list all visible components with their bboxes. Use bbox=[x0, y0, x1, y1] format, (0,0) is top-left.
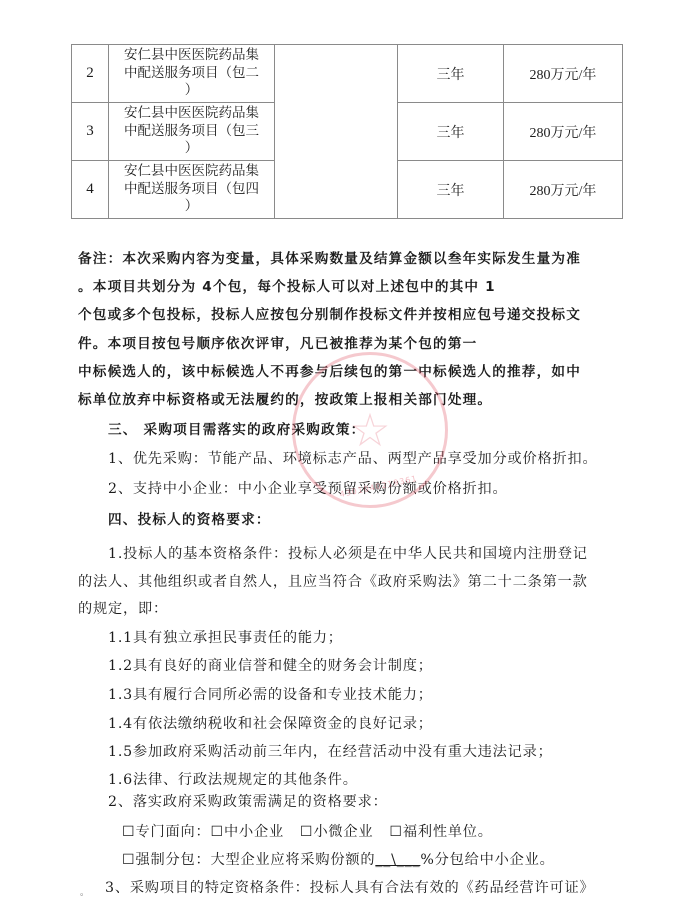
subcontract-line: ☐强制分包：大型企业应将采购份额的__\___%分包给中小企业。 bbox=[122, 849, 555, 869]
checkbox-icon[interactable]: ☐ bbox=[122, 824, 136, 840]
budget-price: 280万元/年 bbox=[504, 161, 623, 219]
remark-line: 中标候选人的，该中标候选人不再参与后续包的第一中标候选人的推荐，如中 bbox=[78, 360, 581, 380]
condition-item: 1.6法律、行政法规规定的其他条件。 bbox=[108, 769, 358, 789]
checkbox-icon[interactable]: ☐ bbox=[300, 824, 314, 840]
section4-heading: 四、投标人的资格要求： bbox=[108, 508, 271, 528]
condition-item: 1.4有依法缴纳税收和社会保障资金的良好记录； bbox=[108, 713, 433, 733]
budget-price: 280万元/年 bbox=[504, 45, 623, 103]
basic-qualification-line: 1.投标人的基本资格条件：投标人必须是在中华人民共和国境内注册登记 bbox=[108, 543, 588, 563]
checkbox-icon[interactable]: ☐ bbox=[389, 824, 403, 840]
checkbox-icon[interactable]: ☐ bbox=[210, 824, 224, 840]
condition-item: 1.5参加政府采购活动前三年内，在经营活动中没有重大违法记录； bbox=[108, 741, 553, 761]
policy-item: 2、支持中小企业：中小企业享受预留采购份额或价格折扣。 bbox=[108, 478, 508, 498]
option-sme: 中小企业 bbox=[224, 824, 284, 840]
condition-item: 1.2具有良好的商业信誉和健全的财务会计制度； bbox=[108, 655, 433, 675]
section3-heading: 三、 采购项目需落实的政府采购政策： bbox=[108, 418, 365, 438]
package-table: 2 安仁县中医医院药品集 中配送服务项目（包二 ） 三年 280万元/年 3 安… bbox=[71, 44, 623, 219]
package-name: 安仁县中医医院药品集 中配送服务项目（包四 ） bbox=[109, 161, 275, 219]
remark-line: 个包或多个包投标，投标人应按包分别制作投标文件并按相应包号递交投标文 bbox=[78, 303, 581, 323]
basic-qualification-line: 的法人、其他组织或者自然人，且应当符合《政府采购法》第二十二条第一款 bbox=[78, 571, 588, 591]
checkbox-icon[interactable]: ☐ bbox=[122, 852, 136, 868]
package-name: 安仁县中医医院药品集 中配送服务项目（包三 ） bbox=[109, 103, 275, 161]
condition-item: 1.3具有履行合同所必需的设备和专业技术能力； bbox=[108, 684, 433, 704]
package-number: 4 bbox=[72, 161, 109, 219]
condition-item: 1.1具有独立承担民事责任的能力； bbox=[108, 627, 343, 647]
basic-qualification-line: 的规定，即： bbox=[78, 598, 168, 618]
remark-line: 标单位放弃中标资格或无法履约的，按政策上报相关部门处理。 bbox=[78, 388, 492, 408]
package-number: 3 bbox=[72, 103, 109, 161]
paragraph-mark: 。 bbox=[80, 885, 89, 898]
option-micro: 小微企业 bbox=[313, 824, 373, 840]
policy-item: 1、优先采购：节能产品、环境标志产品、两型产品享受加分或价格折扣。 bbox=[108, 448, 597, 468]
remark-line: 备注：本次采购内容为变量，具体采购数量及结算金额以叁年实际发生量为准 bbox=[78, 247, 581, 267]
package-number: 2 bbox=[72, 45, 109, 103]
service-term: 三年 bbox=[398, 45, 504, 103]
specific-qualification: 3、采购项目的特定资格条件：投标人具有合法有效的《药品经营许可证》 bbox=[105, 877, 594, 897]
package-name: 安仁县中医医院药品集 中配送服务项目（包二 ） bbox=[109, 45, 275, 103]
option-welfare: 福利性单位。 bbox=[403, 824, 493, 840]
percent-blank: __\___ bbox=[375, 852, 420, 868]
budget-price: 280万元/年 bbox=[504, 103, 623, 161]
service-term: 三年 bbox=[398, 161, 504, 219]
service-term: 三年 bbox=[398, 103, 504, 161]
remark-line: 。本项目共划分为 4个包，每个投标人可以对上述包中的其中 1 bbox=[78, 275, 496, 295]
policy-qualification-heading: 2、落实政府采购政策需满足的资格要求： bbox=[108, 791, 388, 811]
remark-line: 件。本项目按包号顺序依次评审，凡已被推荐为某个包的第一 bbox=[78, 332, 477, 352]
table-row: 2 安仁县中医医院药品集 中配送服务项目（包二 ） 三年 280万元/年 bbox=[72, 45, 623, 103]
merged-blank-cell bbox=[275, 45, 398, 219]
dedicated-line: ☐专门面向：☐中小企业 ☐小微企业 ☐福利性单位。 bbox=[122, 821, 493, 841]
